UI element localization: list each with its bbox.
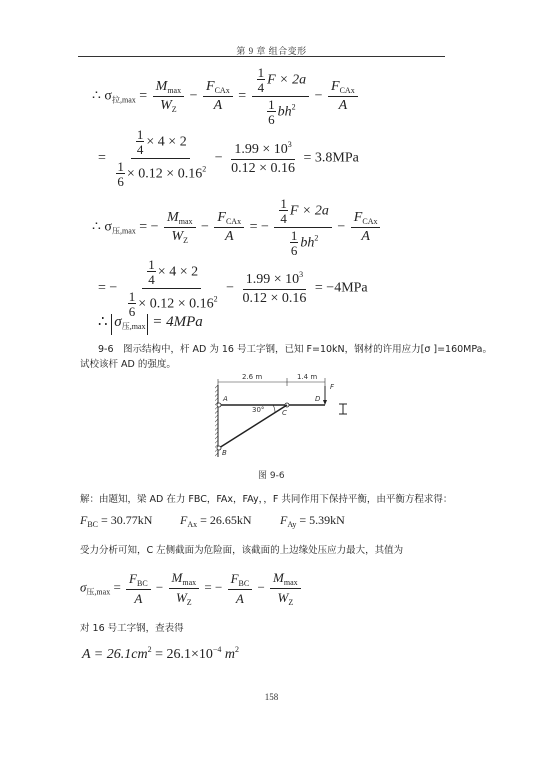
table-lookup-text: 对 16 号工字钢，查表得 <box>80 620 184 634</box>
force-bc: FBC = 30.77kN <box>80 513 152 529</box>
equation-tension-value: = 14× 4 × 216× 0.12 × 0.162 − 1.99 × 103… <box>98 128 359 189</box>
label-angle: 30° <box>252 406 264 414</box>
equation-tension-max: ∴ σ拉,max = MmaxWZ − FCAxA = 14F × 2a16bh… <box>92 66 360 127</box>
force-ay: FAy = 5.39kN <box>280 513 345 529</box>
analysis-text: 受力分析可知，C 左侧截面为危险面，该截面的上边缘处压应力最大，其值为 <box>80 542 403 556</box>
problem-statement-line1: 9-6 图示结构中，杆 AD 为 16 号工字钢，已知 F=10kN，钢材的许用… <box>98 341 492 355</box>
label-f: F <box>330 383 334 391</box>
force-ax: FAx = 26.65kN <box>180 513 252 529</box>
structure-diagram: 2.6 m 1.4 m F A D 30° C B <box>200 373 360 473</box>
page-number: 158 <box>0 692 543 702</box>
figure-caption: 图 9-6 <box>258 468 285 481</box>
dim-label-1-4m: 1.4 m <box>297 373 317 381</box>
equation-area: A = 26.1cm2 = 26.1×10−4 m2 <box>82 645 239 663</box>
dim-label-2-6m: 2.6 m <box>242 373 262 381</box>
equation-compression-formula: σ压,max = FBCA − MmaxWZ = − FBCA − MmaxWZ <box>80 570 303 607</box>
problem-statement-line2: 试校该杆 AD 的强度。 <box>80 356 176 370</box>
equation-compression-value: = − 14× 4 × 216× 0.12 × 0.162 − 1.99 × 1… <box>98 258 368 319</box>
label-c: C <box>282 409 287 417</box>
equation-compression-abs: ∴ σ压,max = 4MPa <box>98 312 203 335</box>
header-rule <box>78 56 445 57</box>
equation-compression-max: ∴ σ压,max = − MmaxWZ − FCAxA = − 14F × 2a… <box>92 197 382 258</box>
label-b: B <box>222 449 227 457</box>
label-d: D <box>315 395 320 403</box>
label-a: A <box>223 395 228 403</box>
solution-intro: 解：由题知，梁 AD 在力 FBC，FAx，FAy，，F 共同作用下保持平衡，由… <box>80 491 452 505</box>
